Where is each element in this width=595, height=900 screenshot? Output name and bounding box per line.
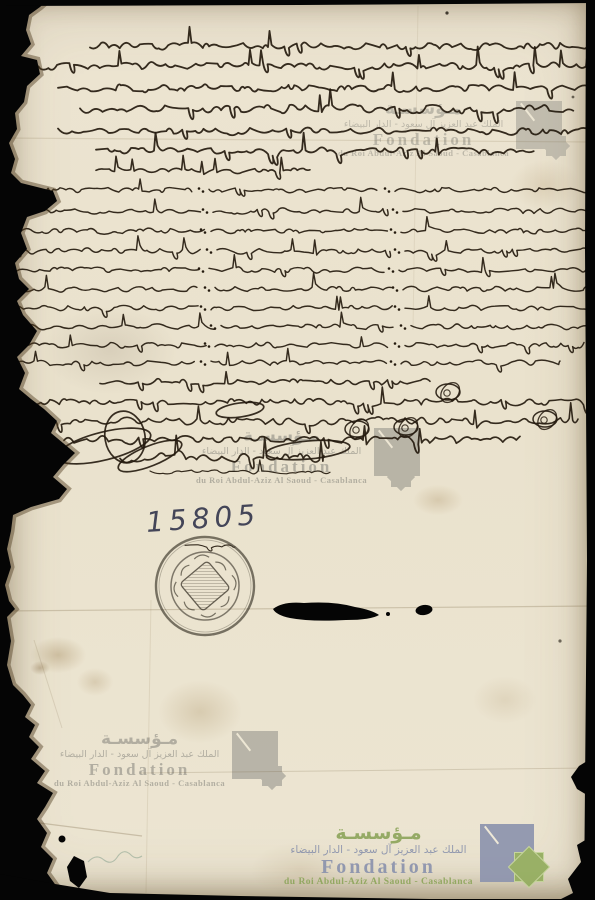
logo-star-icon <box>543 133 569 159</box>
watermark-latin-title: Fondation <box>373 131 475 149</box>
scanned-manuscript-page: مـؤسسـة الملك عبد العزيز آل سعود - الدار… <box>0 0 595 900</box>
foundation-logo <box>374 428 420 476</box>
watermark-arabic-title: مـؤسسـة <box>243 428 320 446</box>
watermark-foundation-middle: مـؤسسـة الملك عبد العزيز آل سعود - الدار… <box>196 428 420 485</box>
watermark-latin-title: Fondation <box>321 857 436 878</box>
watermark-arabic-title: مـؤسسـة <box>101 731 178 749</box>
watermark-latin-subtitle: du Roi Abdul-Aziz Al Saoud - Casablanca <box>54 779 225 788</box>
watermark-latin-subtitle: du Roi Abdul-Aziz Al Saoud - Casablanca <box>284 878 473 888</box>
logo-diagonal <box>378 430 393 449</box>
logo-star-icon <box>259 763 285 789</box>
watermark-latin-title: Fondation <box>231 458 333 476</box>
watermark-foundation-bottom-right: مـؤسسـة الملك عبد العزيز آل سعود - الدار… <box>284 824 534 888</box>
logo-star-icon <box>388 464 414 490</box>
watermark-foundation-top: مـؤسسـة الملك عبد العزيز آل سعود - الدار… <box>338 101 562 158</box>
logo-diagonal <box>520 103 535 122</box>
watermark-text: مـؤسسـة الملك عبد العزيز آل سعود - الدار… <box>54 731 225 788</box>
watermark-text: مـؤسسـة الملك عبد العزيز آل سعود - الدار… <box>284 824 473 888</box>
watermark-text: مـؤسسـة الملك عبد العزيز آل سعود - الدار… <box>196 428 367 485</box>
watermark-arabic-subtitle: الملك عبد العزيز آل سعود - الدار البيضاء <box>290 845 466 856</box>
watermark-text: مـؤسسـة الملك عبد العزيز آل سعود - الدار… <box>338 101 509 158</box>
foundation-logo <box>516 101 562 149</box>
watermark-arabic-title: مـؤسسـة <box>335 824 421 844</box>
watermark-latin-title: Fondation <box>89 761 191 779</box>
watermark-arabic-subtitle: الملك عبد العزيز آل سعود - الدار البيضاء <box>60 750 219 760</box>
logo-diagonal <box>484 826 499 845</box>
logo-diagonal <box>236 733 251 752</box>
watermark-arabic-title: مـؤسسـة <box>385 101 462 119</box>
logo-star-icon <box>512 850 546 884</box>
foundation-logo <box>232 731 278 779</box>
watermark-foundation-bottom-left: مـؤسسـة الملك عبد العزيز آل سعود - الدار… <box>54 731 278 788</box>
watermark-latin-subtitle: du Roi Abdul-Aziz Al Saoud - Casablanca <box>338 149 509 158</box>
foundation-logo <box>480 824 534 882</box>
watermark-latin-subtitle: du Roi Abdul-Aziz Al Saoud - Casablanca <box>196 476 367 485</box>
watermark-arabic-subtitle: الملك عبد العزيز آل سعود - الدار البيضاء <box>202 447 361 457</box>
watermark-arabic-subtitle: الملك عبد العزيز آل سعود - الدار البيضاء <box>344 120 503 130</box>
